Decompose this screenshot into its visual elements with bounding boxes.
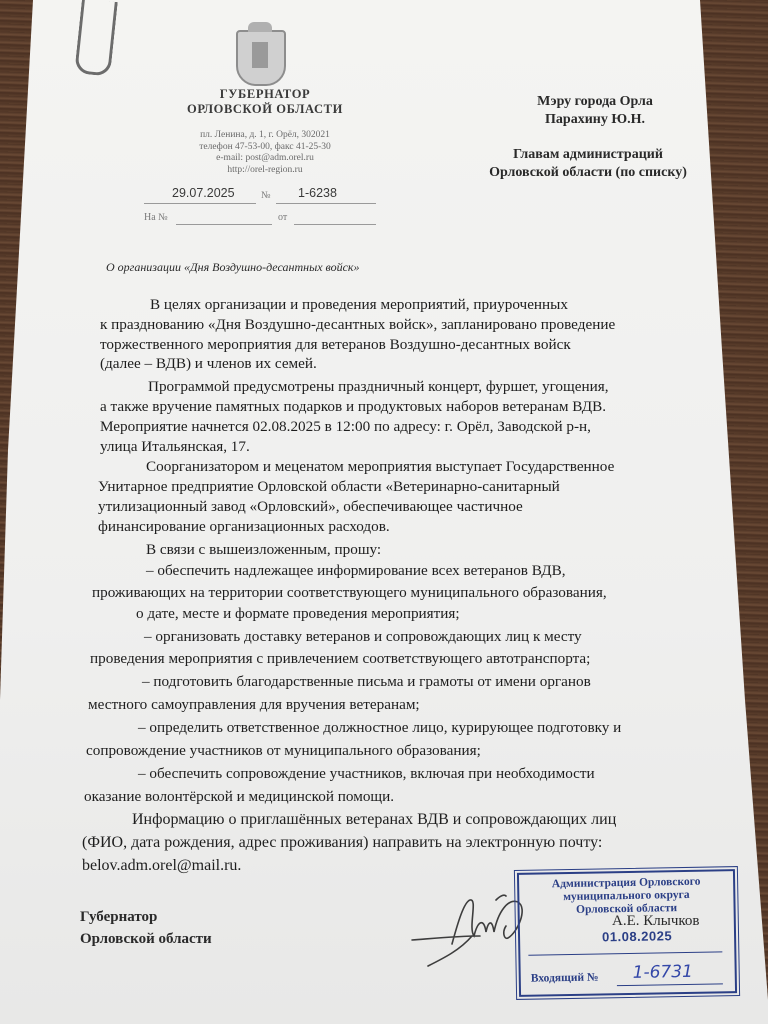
body-line: а также вручение памятных подарков и про… [100,398,606,416]
letter-subject: О организации «Дня Воздушно-десантных во… [106,260,360,275]
request-item: – обеспечить сопровождение участников, в… [138,765,595,783]
date-underline [144,203,256,204]
position-line: Орловской области [80,928,212,950]
outgoing-number: 1-6238 [298,186,337,200]
letterhead-phone: телефон 47-53-00, факс 41-25-30 [150,142,380,154]
request-item: местного самоуправления для вручения вет… [88,696,420,714]
body-line: (ФИО, дата рождения, адрес проживания) н… [82,834,602,852]
addressee-administrations: Главам администраций Орловской области (… [448,146,728,182]
addressee-mayor: Мэру города Орла Парахину Ю.Н. [455,93,735,129]
incoming-registration-stamp: Администрация Орловского муниципального … [517,869,737,997]
request-item: проведения мероприятия с привлечением со… [90,650,590,668]
request-item: – определить ответственное должностное л… [138,719,621,737]
letterhead-website: http://orel-region.ru [150,165,380,177]
reply-number-label: На № [144,212,168,223]
coat-of-arms-icon [236,30,286,86]
body-line: Соорганизатором и меценатом мероприятия … [146,458,614,476]
position-line: Губернатор [80,906,212,928]
number-label: № [261,190,271,201]
stamp-received-date: 01.08.2025 [602,928,672,944]
request-item: – обеспечить надлежащее информирование в… [146,562,566,580]
signer-name: А.Е. Клычков [612,913,699,930]
letterhead-email: e-mail: post@adm.orel.ru [150,153,380,165]
letterhead-title-line1: ГУБЕРНАТОР [150,87,380,102]
body-line: к празднованию «Дня Воздушно-десантных в… [100,316,615,334]
body-line: (далее – ВДВ) и членов их семей. [100,355,317,373]
body-line: утилизационный завод «Орловский», обеспе… [98,498,523,516]
addressee-line: Орловской области (по списку) [448,164,728,182]
contact-email-link[interactable]: belov.adm.orel@mail.ru. [82,857,241,875]
paperclip-icon [74,0,118,77]
request-item: – подготовить благодарственные письма и … [142,673,591,691]
addressee-line: Парахину Ю.Н. [455,111,735,129]
stamp-incoming-number: 1-6731 [633,962,694,983]
reply-number-underline [176,224,272,225]
stamp-incoming-underline [617,983,723,986]
addressee-line: Мэру города Орла [455,93,735,111]
outgoing-date: 29.07.2025 [172,186,235,200]
body-line: торжественного мероприятия для ветеранов… [100,336,571,354]
body-line: В целях организации и проведения меропри… [150,296,568,314]
body-line: Унитарное предприятие Орловской области … [98,478,560,496]
reply-from-underline [294,224,376,225]
letterhead-contacts: пл. Ленина, д. 1, г. Орёл, 302021 телефо… [150,130,380,176]
body-line: Мероприятие начнется 02.08.2025 в 12:00 … [100,418,591,436]
request-item: сопровождение участников от муниципально… [86,742,481,760]
stamp-divider [528,951,722,955]
addressee-line: Главам администраций [448,146,728,164]
reply-from-label: от [278,212,287,223]
request-item: проживающих на территории соответствующе… [92,584,607,602]
letterhead-address: пл. Ленина, д. 1, г. Орёл, 302021 [150,130,380,142]
body-line: Программой предусмотрены праздничный кон… [148,378,609,396]
letterhead-title: ГУБЕРНАТОР ОРЛОВСКОЙ ОБЛАСТИ [150,87,380,117]
request-item: – организовать доставку ветеранов и сопр… [144,628,582,646]
request-item: о дате, месте и формате проведения мероп… [136,605,460,623]
request-item: оказание волонтёрской и медицинской помо… [84,788,394,806]
letterhead-title-line2: ОРЛОВСКОЙ ОБЛАСТИ [150,102,380,117]
body-line: Информацию о приглашённых ветеранах ВДВ … [132,811,616,829]
stamp-organization: Администрация Орловского муниципального … [519,875,734,918]
stamp-incoming-label: Входящий № [531,972,599,985]
letter-document: ГУБЕРНАТОР ОРЛОВСКОЙ ОБЛАСТИ пл. Ленина,… [0,0,768,1024]
request-intro: В связи с вышеизложенным, прошу: [146,541,381,559]
body-line: улица Итальянская, 17. [100,438,250,456]
body-line: финансирование организационных расходов. [98,518,390,536]
signatory-position: Губернатор Орловской области [80,906,212,950]
number-underline [276,203,376,204]
